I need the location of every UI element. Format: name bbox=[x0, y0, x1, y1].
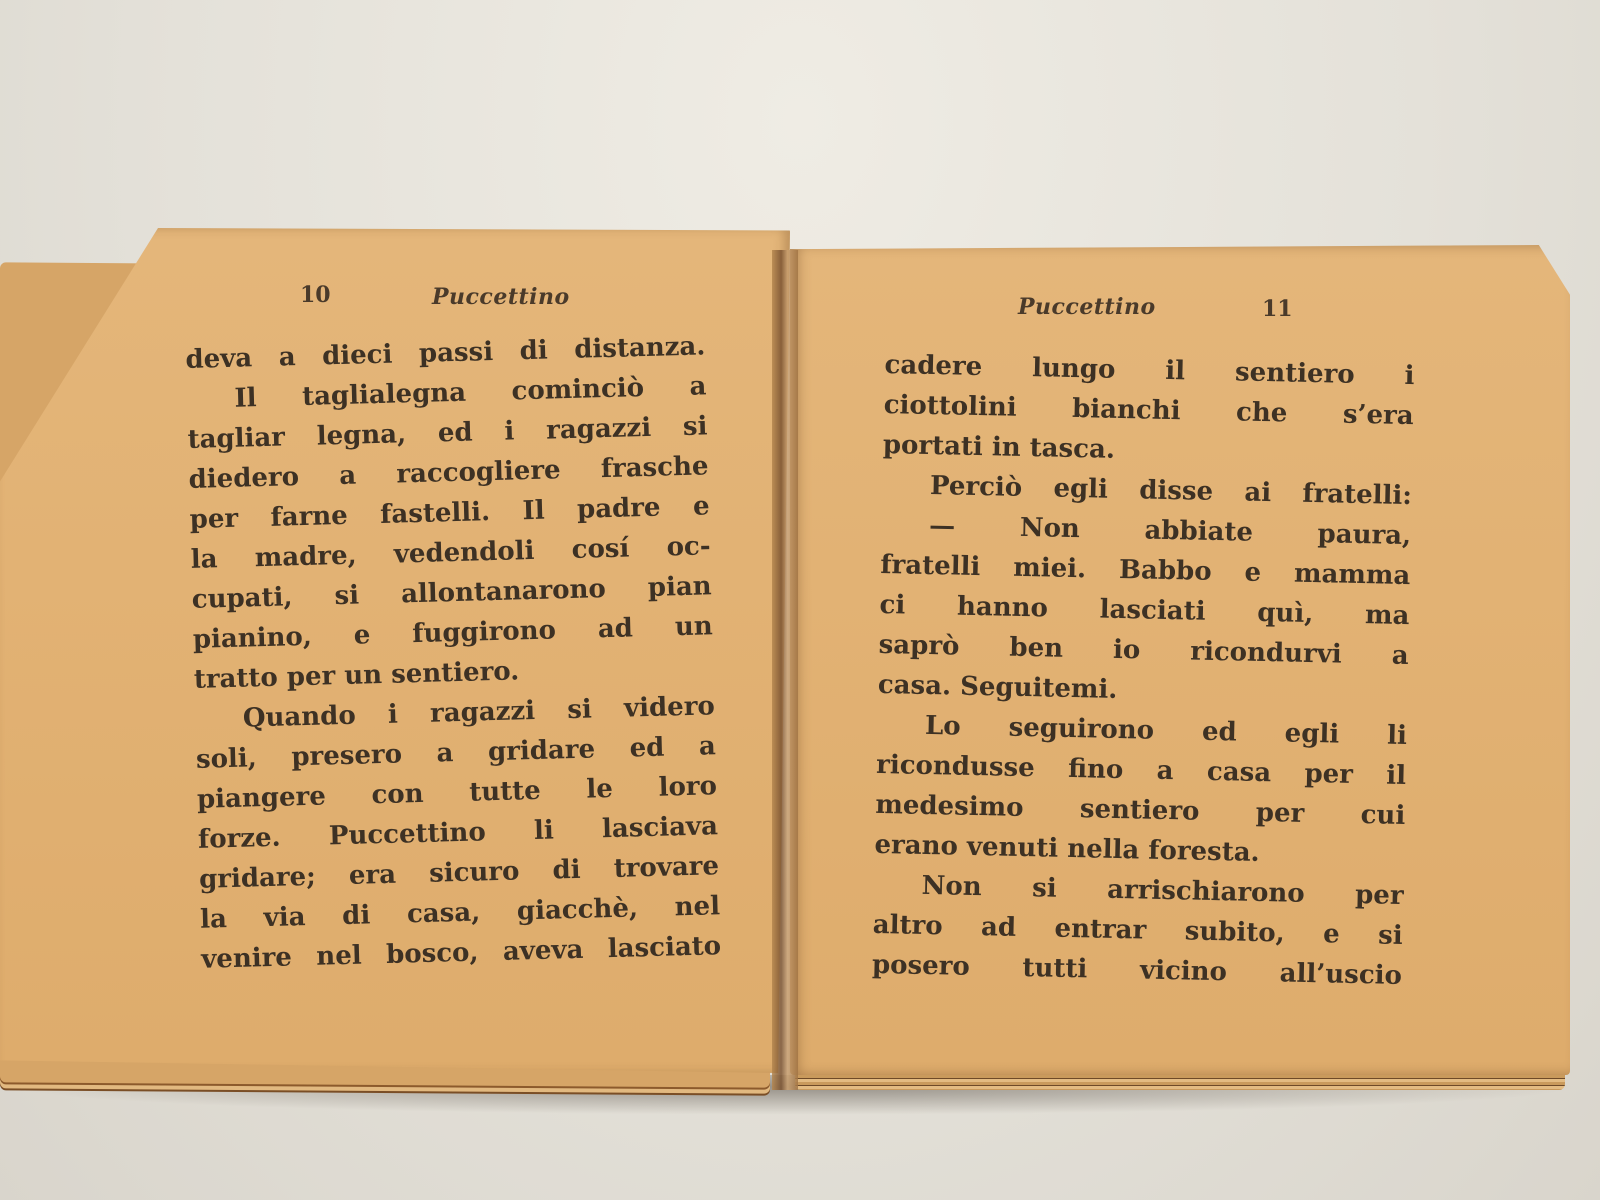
right-page-number: 11 bbox=[1262, 296, 1293, 322]
right-page-body: cadere lungo il sentiero i ciottolini bi… bbox=[872, 345, 1415, 996]
book-spine bbox=[772, 250, 798, 1090]
right-running-head: Puccettino bbox=[1018, 294, 1156, 320]
left-page-number: 10 bbox=[300, 282, 331, 308]
left-running-head: Puccettino bbox=[432, 284, 570, 310]
left-page-body: deva a dieci passi di distanza. Il tagli… bbox=[185, 326, 722, 979]
